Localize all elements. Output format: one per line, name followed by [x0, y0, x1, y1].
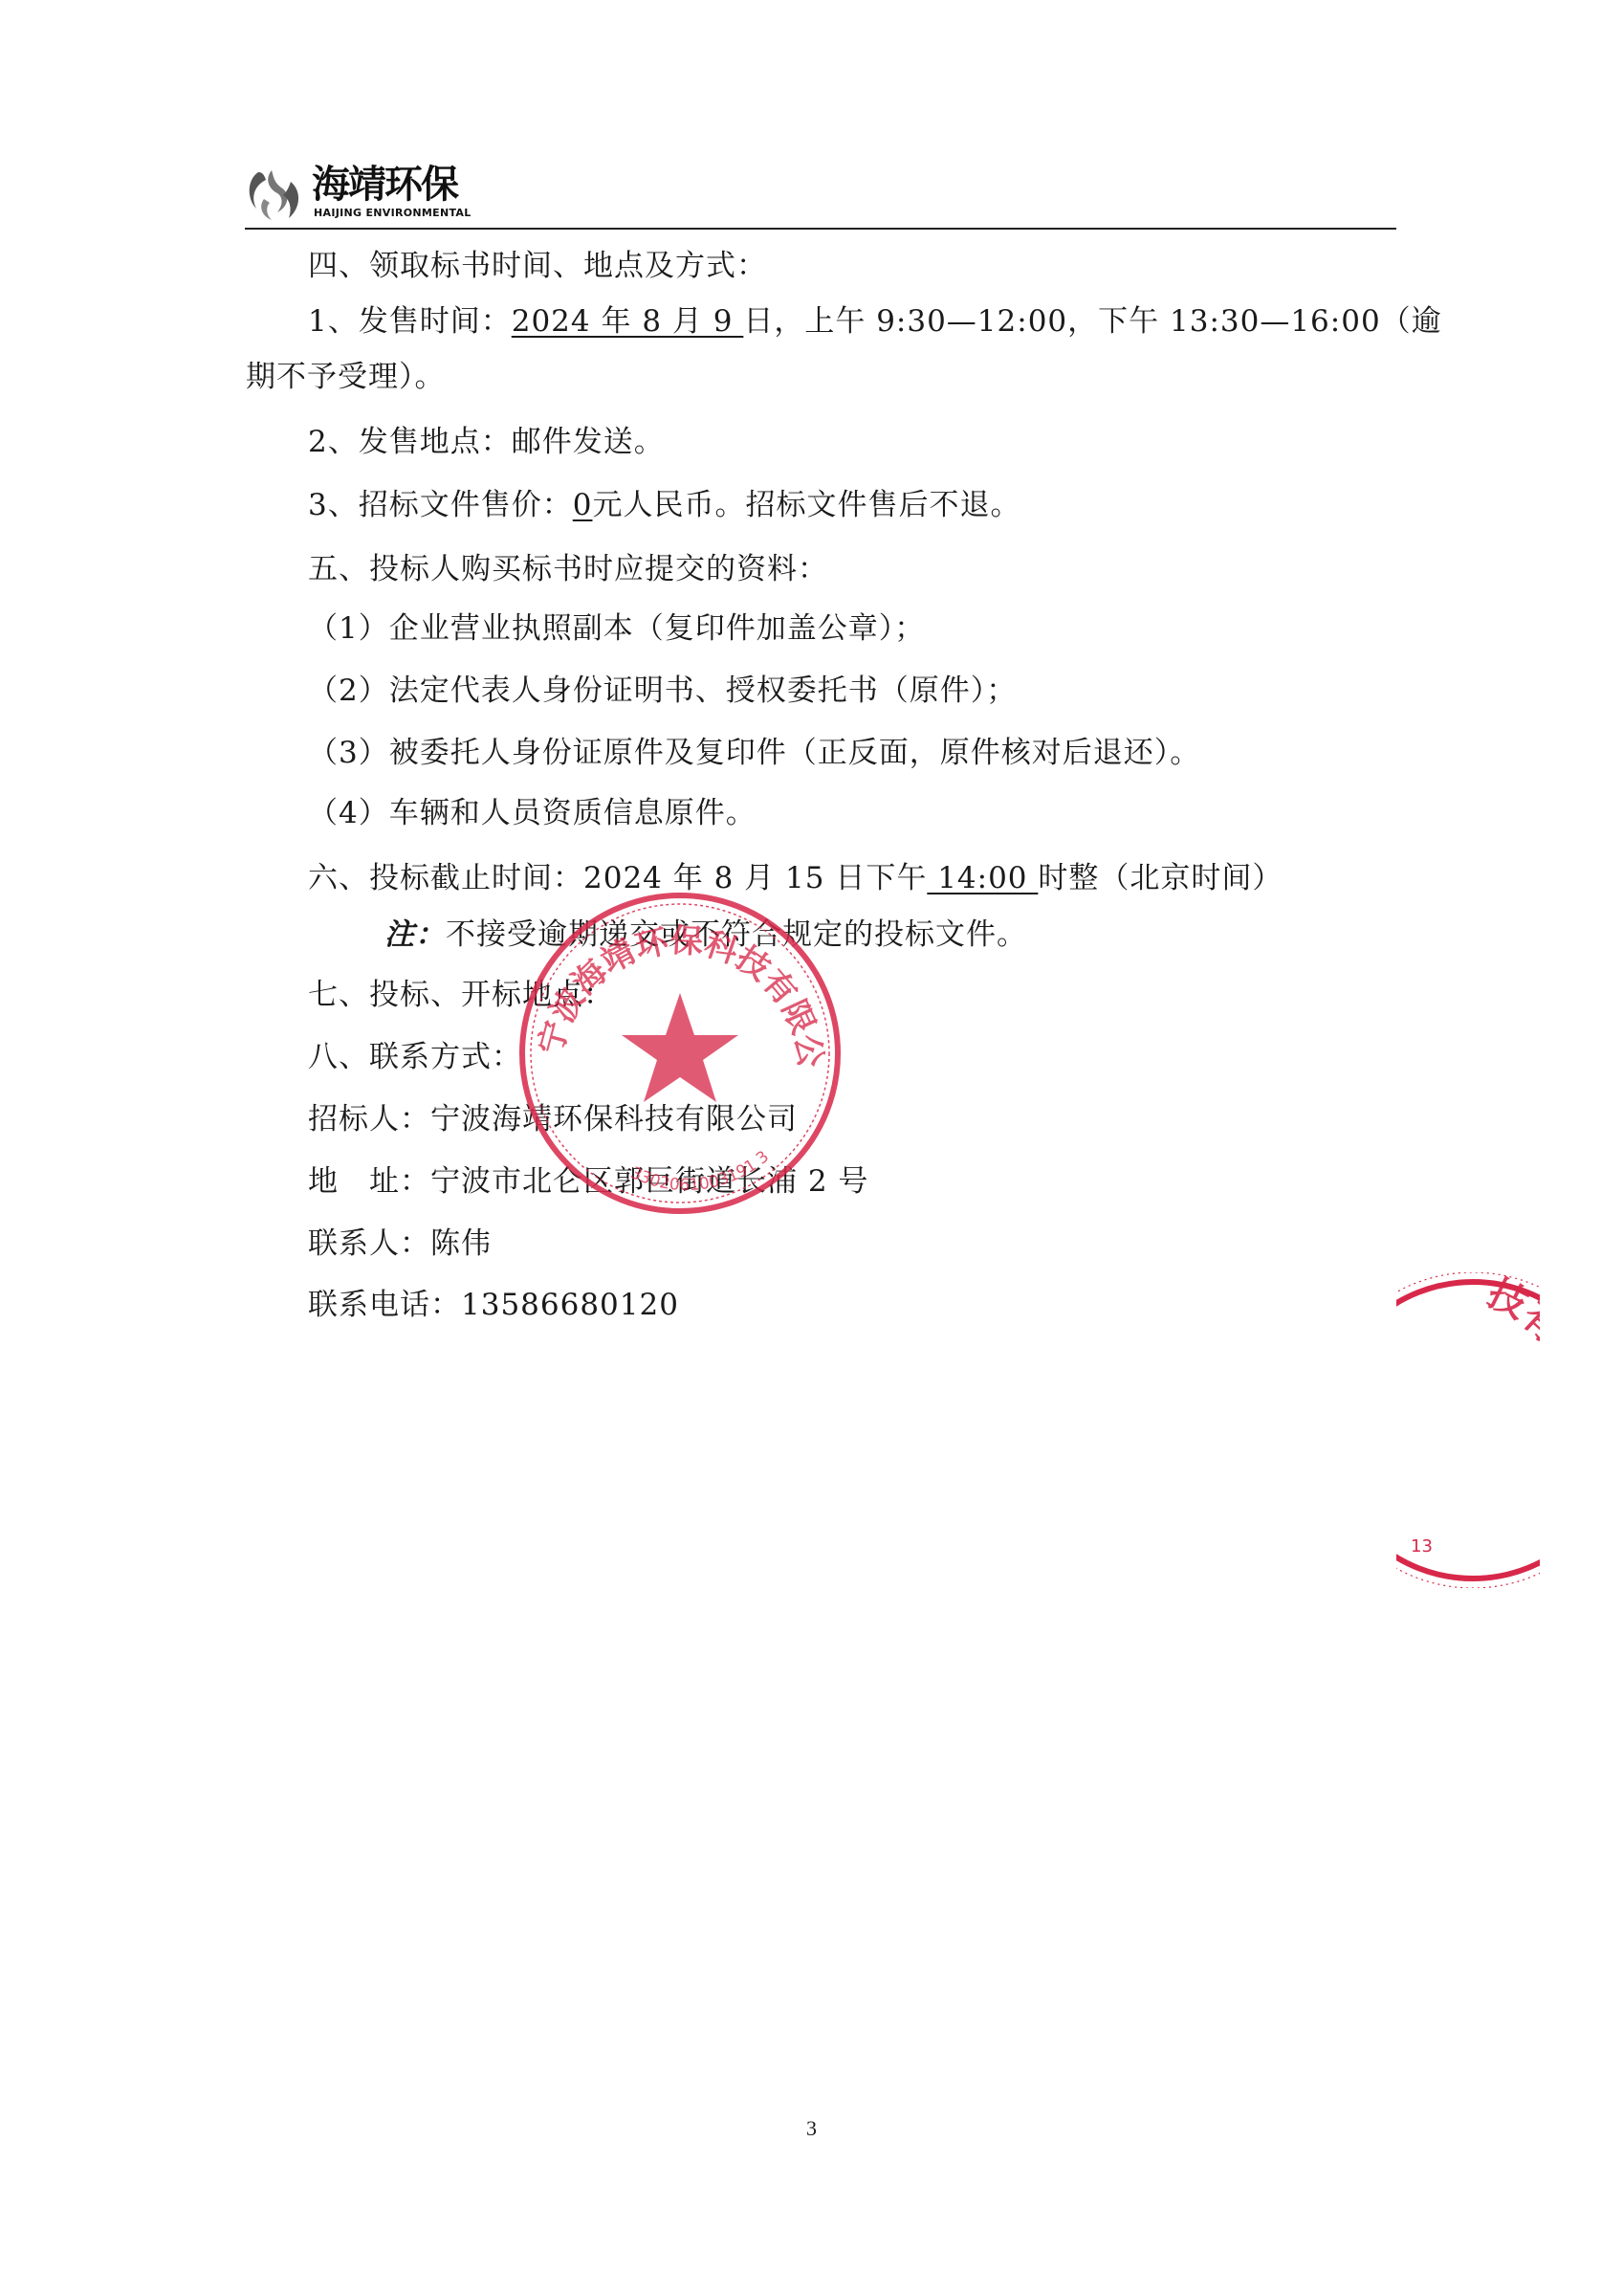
swirl-logo-icon	[245, 166, 304, 224]
contact-name: 陈伟	[430, 1226, 492, 1261]
logo-english-name: HAIJING ENVIRONMENTAL	[314, 207, 472, 219]
deadline-time: 14:00	[927, 861, 1038, 895]
company-logo: 海靖环保 HAIJING ENVIRONMENTAL	[245, 165, 493, 226]
note-text: 不接受逾期递交或不符合规定的投标文件。	[446, 917, 1027, 952]
section-4-item-3: 3、招标文件售价：0元人民币。招标文件售后不退。	[308, 486, 1020, 524]
section-4-item-1: 1、发售时间：2024 年 8 月 9 日，上午 9:30—12:00，下午 1…	[308, 302, 1442, 341]
header-divider	[245, 228, 1396, 230]
section-8-title: 八、联系方式：	[308, 1038, 522, 1076]
phone-label: 联系电话：	[308, 1288, 461, 1322]
section-5-item: （1）企业营业执照副本（复印件加盖公章）；	[308, 609, 925, 648]
tenderer-name: 宁波海靖环保科技有限公司	[430, 1102, 798, 1137]
item-1-prefix: 1、发售时间：	[308, 304, 512, 339]
document-page: 海靖环保 HAIJING ENVIRONMENTAL 四、领取标书时间、地点及方…	[0, 0, 1623, 2296]
tenderer-label: 招标人：	[308, 1102, 430, 1137]
address-line: 地 址：宁波市北仑区郭巨街道长浦 2 号	[308, 1162, 868, 1201]
section-6-deadline: 六、投标截止时间：2024 年 8 月 15 日下午 14:00 时整（北京时间…	[308, 859, 1283, 897]
item-3-rest: 元人民币。招标文件售后不退。	[592, 488, 1020, 522]
sale-date: 2024 年 8 月 9	[512, 304, 744, 339]
contact-line: 联系人：陈伟	[308, 1225, 492, 1263]
logo-chinese-name: 海靖环保	[312, 163, 457, 207]
svg-text:技有限公司: 技有限公司	[1480, 1272, 1540, 1455]
item-1-rest: 日，上午 9:30—12:00，下午 13:30—16:00（逾	[743, 304, 1441, 339]
phone-line: 联系电话：13586680120	[308, 1286, 679, 1324]
phone-number: 13586680120	[461, 1288, 679, 1322]
item-3-prefix: 3、招标文件售价：	[308, 488, 573, 522]
section-5-title: 五、投标人购买标书时应提交的资料：	[308, 550, 828, 588]
note-label: 注：	[384, 917, 446, 952]
document-price: 0	[573, 488, 593, 522]
section-5-item: （3）被委托人身份证原件及复印件（正反面，原件核对后退还）。	[308, 734, 1200, 772]
section-6-note: 注：不接受逾期递交或不符合规定的投标文件。	[384, 916, 1027, 954]
page-number: 3	[806, 2116, 817, 2141]
section-4-item-2: 2、发售地点：邮件发送。	[308, 423, 665, 461]
section-5-item: （2）法定代表人身份证明书、授权委托书（原件）；	[308, 672, 1017, 710]
section-5-item: （4）车辆和人员资质信息原件。	[308, 794, 757, 832]
deadline-rest: 时整（北京时间）	[1038, 861, 1283, 895]
section-4-item-1-continuation: 期不予受理）。	[246, 358, 446, 396]
partial-seal-icon: 技有限公司 13	[1396, 1272, 1540, 1588]
address-label: 地 址：	[308, 1164, 430, 1199]
address-value: 宁波市北仑区郭巨街道长浦 2 号	[430, 1164, 868, 1199]
svg-text:13: 13	[1411, 1536, 1433, 1556]
section-7-title: 七、投标、开标地点：	[308, 976, 614, 1014]
deadline-prefix: 六、投标截止时间：2024 年 8 月 15 日下午	[308, 861, 927, 895]
section-4-title: 四、领取标书时间、地点及方式：	[308, 247, 767, 285]
contact-label: 联系人：	[308, 1226, 430, 1261]
cross-page-seal: 技有限公司 13	[1396, 1272, 1540, 1588]
tenderer-line: 招标人：宁波海靖环保科技有限公司	[308, 1100, 798, 1138]
